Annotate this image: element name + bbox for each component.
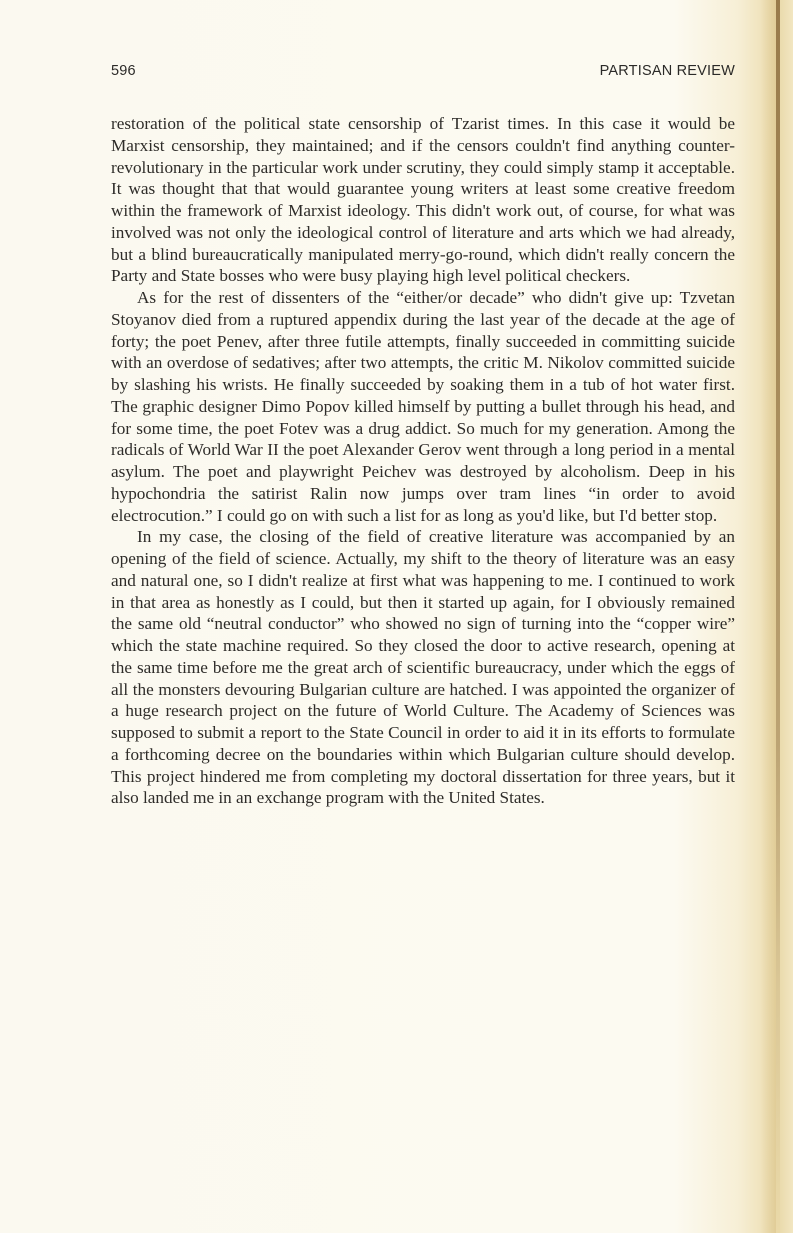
binding-shadow [760,0,776,1233]
binding-edge [776,0,780,1233]
running-head: 596 PARTISAN REVIEW [111,63,735,83]
book-page: 596 PARTISAN REVIEW restoration of the p… [0,0,793,1233]
page-number: 596 [111,63,136,79]
body-text: restoration of the political state censo… [111,113,735,809]
paragraph-1: restoration of the political state censo… [111,113,735,287]
paragraph-3: In my case, the closing of the field of … [111,526,735,809]
journal-title: PARTISAN REVIEW [600,63,735,79]
paragraph-2: As for the rest of dissenters of the “ei… [111,287,735,526]
